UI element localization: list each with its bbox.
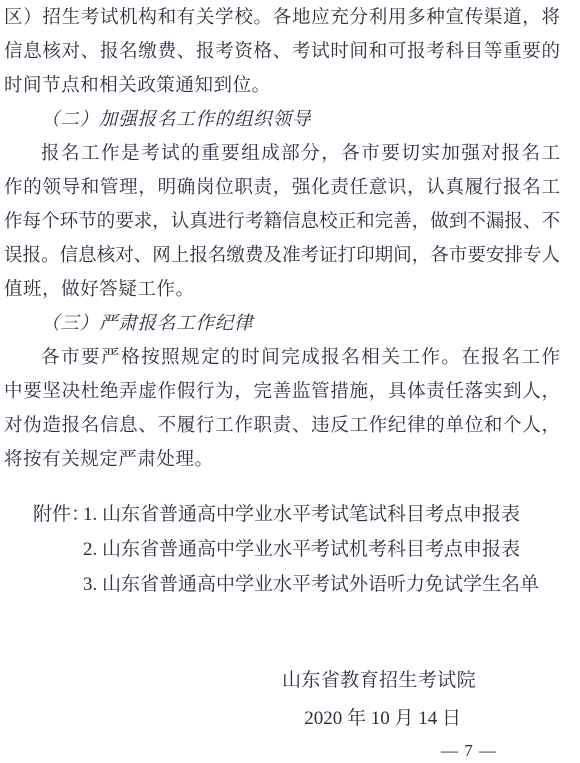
attachments-label: 附件：: [33, 497, 83, 532]
issue-date: 2020 年 10 月 14 日: [4, 702, 476, 736]
attachment-row: 3. 山东省普通高中学业水平考试外语听力免试学生名单: [4, 567, 560, 602]
attachment-item: 1. 山东省普通高中学业水平考试笔试科目考点申报表: [83, 504, 520, 525]
attachment-item: 3. 山东省普通高中学业水平考试外语听力免试学生名单: [83, 574, 539, 595]
document-body: 区）招生考试机构和有关学校。各地应充分利用多种宣传渠道，将 信息核对、报名缴费、…: [4, 1, 560, 477]
attachment-row: 附件：1. 山东省普通高中学业水平考试笔试科目考点申报表: [4, 497, 560, 532]
body-line: 值班，做好答疑工作。: [4, 273, 560, 307]
body-line: 对伪造报名信息、不履行工作职责、违反工作纪律的单位和个人，: [4, 409, 560, 443]
body-line: 作每个环节的要求，认真进行考籍信息校正和完善，做到不漏报、不: [4, 205, 560, 239]
issuer-signature: 山东省教育招生考试院: [4, 664, 476, 698]
body-line: 将按有关规定严肃处理。: [4, 443, 560, 477]
section-heading: （三）严肃报名工作纪律: [4, 307, 560, 341]
body-line: 报名工作是考试的重要组成部分，各市要切实加强对报名工: [4, 137, 560, 171]
body-line: 信息核对、报名缴费、报考资格、考试时间和可报考科目等重要的: [4, 35, 560, 69]
signature-block: 山东省教育招生考试院 2020 年 10 月 14 日: [4, 664, 560, 736]
body-line: 各市要严格按照规定的时间完成报名相关工作。在报名工作: [4, 341, 560, 375]
body-line: 时间节点和相关政策通知到位。: [4, 69, 560, 103]
body-line: 中要坚决杜绝弄虚作假行为，完善监管措施，具体责任落实到人，: [4, 375, 560, 409]
document-page: 区）招生考试机构和有关学校。各地应充分利用多种宣传渠道，将 信息核对、报名缴费、…: [0, 0, 580, 763]
body-line: 区）招生考试机构和有关学校。各地应充分利用多种宣传渠道，将: [4, 1, 560, 35]
attachment-item: 2. 山东省普通高中学业水平考试机考科目考点申报表: [83, 539, 520, 560]
section-heading: （二）加强报名工作的组织领导: [4, 103, 560, 137]
attachments-block: 附件：1. 山东省普通高中学业水平考试笔试科目考点申报表 2. 山东省普通高中学…: [4, 497, 560, 602]
body-line: 作的领导和管理，明确岗位职责，强化责任意识，认真履行报名工: [4, 171, 560, 205]
page-number: — 7 —: [4, 741, 560, 761]
attachment-row: 2. 山东省普通高中学业水平考试机考科目考点申报表: [4, 532, 560, 567]
body-line: 误报。信息核对、网上报名缴费及准考证打印期间，各市要安排专人: [4, 239, 560, 273]
